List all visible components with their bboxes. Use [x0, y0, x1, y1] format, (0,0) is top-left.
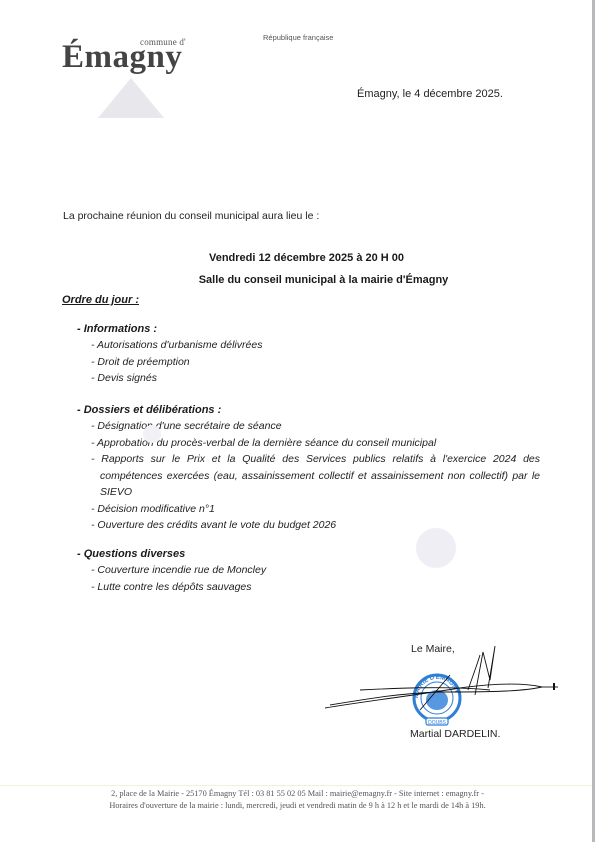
- logo-triangle-icon: [98, 78, 164, 118]
- intro-text: La prochaine réunion du conseil municipa…: [63, 210, 319, 222]
- footer-hours: Horaires d'ouverture de la mairie : lund…: [0, 800, 595, 812]
- scan-artifact: [143, 425, 161, 443]
- list-item: - Ouverture des crédits avant le vote du…: [91, 517, 531, 534]
- signature-stamp-icon: MAIRIE D'ÉMAGNY DOUBS: [320, 640, 570, 730]
- svg-text:DOUBS: DOUBS: [428, 720, 446, 726]
- meeting-place: Salle du conseil municipal à la mairie d…: [0, 274, 595, 286]
- section-questions: - Questions diverses - Couverture incend…: [77, 546, 531, 595]
- item-list: - Autorisations d'urbanisme délivrées - …: [77, 337, 531, 387]
- list-item: - Devis signés: [91, 370, 531, 387]
- footer: 2, place de la Mairie - 25170 Émagny Tél…: [0, 788, 595, 811]
- list-item: - Rapports sur le Prix et la Qualité des…: [91, 451, 540, 501]
- letter-page: commune d' Émagny République française É…: [0, 0, 595, 842]
- section-informations: - Informations : - Autorisations d'urban…: [77, 321, 531, 387]
- date-line: Émagny, le 4 décembre 2025.: [357, 88, 503, 100]
- list-item: - Droit de préemption: [91, 354, 531, 371]
- logo-name: Émagny: [62, 38, 182, 76]
- list-item: - Décision modificative n°1: [91, 501, 531, 518]
- item-list: - Couverture incendie rue de Moncley - L…: [77, 562, 531, 595]
- republique-label: République française: [263, 33, 333, 42]
- list-item: - Lutte contre les dépôts sauvages: [91, 579, 531, 596]
- agenda-title: Ordre du jour :: [62, 294, 139, 306]
- commune-logo: commune d' Émagny: [62, 28, 192, 123]
- signature-name: Martial DARDELIN.: [410, 728, 500, 740]
- list-item: - Couverture incendie rue de Moncley: [91, 562, 531, 579]
- footer-divider: [0, 785, 592, 786]
- section-title: - Dossiers et délibérations :: [77, 402, 540, 418]
- scan-artifact: [416, 528, 456, 568]
- section-title: - Questions diverses: [77, 546, 531, 562]
- meeting-date: Vendredi 12 décembre 2025 à 20 H 00: [0, 252, 595, 264]
- section-dossiers: - Dossiers et délibérations : - Désignat…: [77, 402, 540, 534]
- section-title: - Informations :: [77, 321, 531, 337]
- list-item: - Autorisations d'urbanisme délivrées: [91, 337, 531, 354]
- footer-address: 2, place de la Mairie - 25170 Émagny Tél…: [0, 788, 595, 800]
